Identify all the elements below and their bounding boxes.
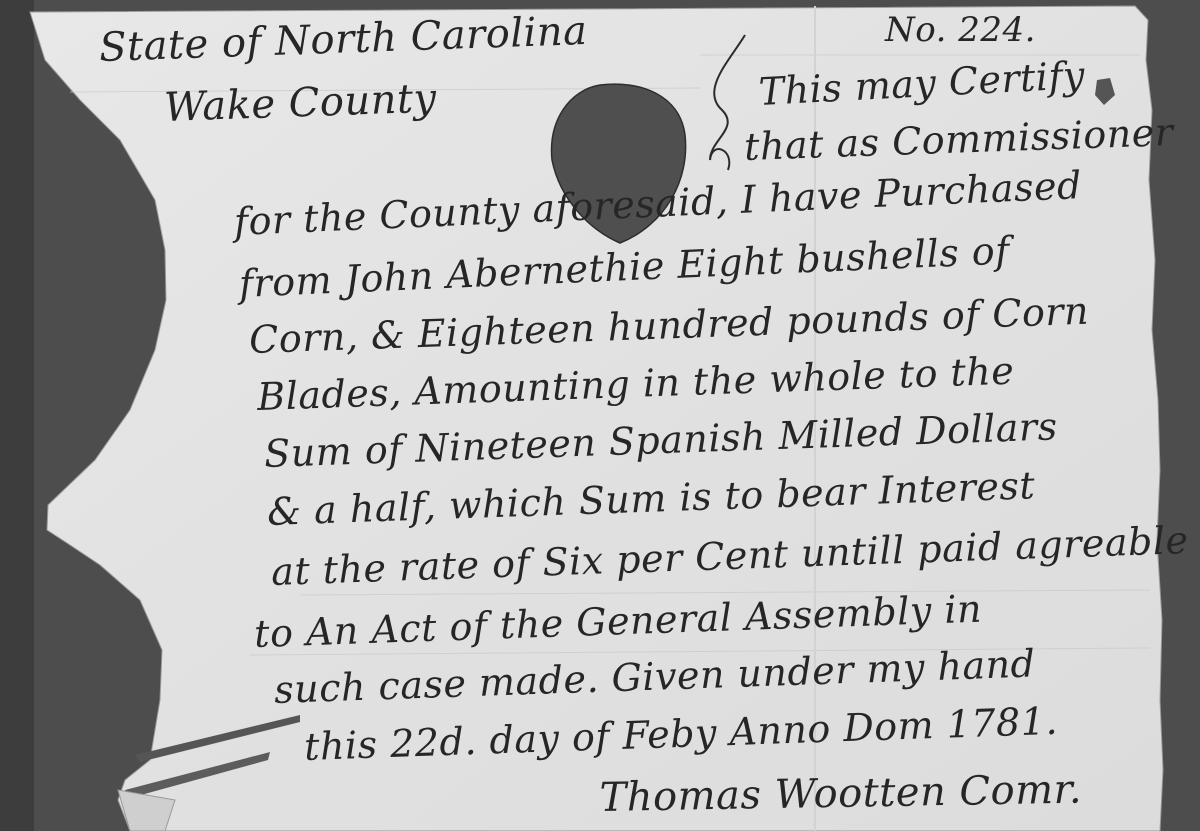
text-line-12: this 22d. day of Feby Anno Dom 1781. <box>303 699 1058 769</box>
text-line-4: from John Abernethie Eight bushells of <box>238 228 1011 306</box>
document-number: No. 224. <box>885 10 1036 50</box>
heading-county: Wake County <box>163 76 437 131</box>
text-line-9: at the rate of Six per Cent untill paid … <box>270 518 1189 594</box>
handwriting-layer: No. 224. State of North Carolina Wake Co… <box>0 0 1200 831</box>
signature: Thomas Wootten Comr. <box>599 767 1082 821</box>
text-line-2: that as Commissioner <box>743 110 1174 169</box>
heading-state: State of North Carolina <box>98 8 588 71</box>
text-line-7: Sum of Nineteen Spanish Milled Dollars <box>263 404 1058 476</box>
text-line-6: Blades, Amounting in the whole to the <box>256 349 1014 419</box>
text-line-11: such case made. Given under my hand <box>273 641 1036 712</box>
text-line-1: This may Certify <box>758 53 1086 114</box>
text-line-8: & a half, which Sum is to bear Interest <box>266 463 1035 534</box>
text-line-10: to An Act of the General Assembly in <box>253 587 982 656</box>
